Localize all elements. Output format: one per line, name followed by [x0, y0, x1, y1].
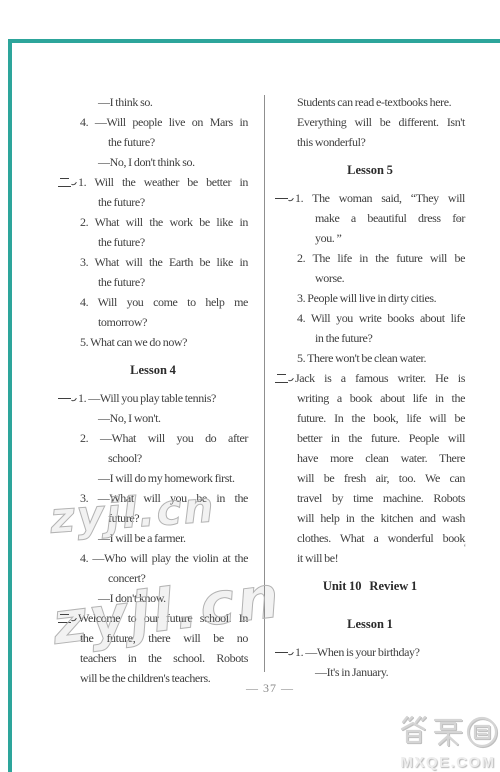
text-line: the future? — [58, 192, 248, 212]
text-line: 1. —Will you play table tennis? — [58, 388, 248, 408]
text-line: 1. The woman said, “They will — [275, 188, 465, 208]
text-line: 2. The life in the future will be — [275, 248, 465, 268]
text-line: better in the future. People will — [275, 428, 465, 448]
section-heading: Lesson 4 — [58, 360, 248, 380]
text-line: 3. People will live in dirty cities. — [275, 288, 465, 308]
text-line: Jack is a famous writer. He is — [275, 368, 465, 388]
text-line: concert? — [58, 568, 248, 588]
text-line: —I will be a farmer. — [58, 528, 248, 548]
column-divider — [264, 95, 265, 672]
print-bleed-mark: ‘ — [463, 543, 467, 554]
cjk-one-marker — [275, 191, 288, 204]
text-line: —I will do my homework first. — [58, 468, 248, 488]
text-line: travel by time machine. Robots — [275, 488, 465, 508]
section-heading: Unit 10 Review 1 — [275, 576, 465, 596]
cjk-dun-marker — [288, 371, 295, 384]
text-line: make a beautiful dress for — [275, 208, 465, 228]
left-column: —I think so.4. —Will people live on Mars… — [58, 92, 248, 688]
cjk-dun-marker — [288, 645, 295, 658]
text-line: have more clean water. There — [275, 448, 465, 468]
text-line: 5. What can we do now? — [58, 332, 248, 352]
text-line: teachers in the school. Robots — [58, 648, 248, 668]
text-line: —It's in January. — [275, 662, 465, 682]
cjk-two-marker — [58, 175, 71, 188]
text-line: 4. —Who will play the violin at the — [58, 548, 248, 568]
section-heading: Lesson 5 — [275, 160, 465, 180]
cjk-dun-marker — [288, 191, 295, 204]
text-line: 1. Will the weather be better in — [58, 172, 248, 192]
cjk-dun-marker — [71, 391, 78, 404]
scanned-answer-page: —I think so.4. —Will people live on Mars… — [0, 0, 500, 772]
text-line: writing a book about life in the — [275, 388, 465, 408]
scan-edge-top — [8, 39, 500, 43]
text-line: Everything will be different. Isn't — [275, 112, 465, 132]
corner-watermark: MXQE.COM — [398, 715, 498, 771]
text-line: —No, I don't think so. — [58, 152, 248, 172]
text-line: clothes. What a wonderful book — [275, 528, 465, 548]
section-heading: Lesson 1 — [275, 614, 465, 634]
scan-edge-left — [8, 39, 12, 772]
text-line: future? — [58, 508, 248, 528]
right-column: Students can read e-textbooks here.Every… — [275, 92, 465, 682]
text-line: this wonderful? — [275, 132, 465, 152]
text-line: 4. Will you write books about life — [275, 308, 465, 328]
text-line: —I think so. — [58, 92, 248, 112]
text-line: 5. There won't be clean water. — [275, 348, 465, 368]
text-line: 2. What will the work be like in — [58, 212, 248, 232]
text-line: 1. —When is your birthday? — [275, 642, 465, 662]
text-line: 3. What will the Earth be like in — [58, 252, 248, 272]
text-line: the future? — [58, 132, 248, 152]
text-line: future. In the book, life will be — [275, 408, 465, 428]
text-line: Students can read e-textbooks here. — [275, 92, 465, 112]
print-bleed-mark: ’ — [457, 255, 461, 266]
text-line: will be fresh air, too. We can — [275, 468, 465, 488]
text-line: —No, I won't. — [58, 408, 248, 428]
answer-circle-logo-icon — [398, 715, 498, 749]
watermark-site-text: MXQE.COM — [398, 754, 498, 771]
text-line: worse. — [275, 268, 465, 288]
text-line: the future, there will be no — [58, 628, 248, 648]
cjk-one-marker — [58, 391, 71, 404]
text-line: 3. —What will you be in the — [58, 488, 248, 508]
text-line: tomorrow? — [58, 312, 248, 332]
cjk-dun-marker — [71, 175, 78, 188]
text-line: 4. —Will people live on Mars in — [58, 112, 248, 132]
cjk-two-marker — [58, 611, 71, 624]
text-line: school? — [58, 448, 248, 468]
text-line: will help in the kitchen and wash — [275, 508, 465, 528]
text-line: the future? — [58, 232, 248, 252]
text-line: it will be! — [275, 548, 465, 568]
text-line: Welcome to our future school. In — [58, 608, 248, 628]
print-bleed-mark: ’ — [457, 217, 461, 228]
page-number: — 37 — — [200, 681, 340, 696]
text-line: —I don't know. — [58, 588, 248, 608]
cjk-dun-marker — [71, 611, 78, 624]
text-line: 4. Will you come to help me — [58, 292, 248, 312]
cjk-one-marker — [275, 645, 288, 658]
text-line: in the future? — [275, 328, 465, 348]
cjk-two-marker — [275, 371, 288, 384]
text-line: you. ” — [275, 228, 465, 248]
text-line: 2. —What will you do after — [58, 428, 248, 448]
text-line: the future? — [58, 272, 248, 292]
